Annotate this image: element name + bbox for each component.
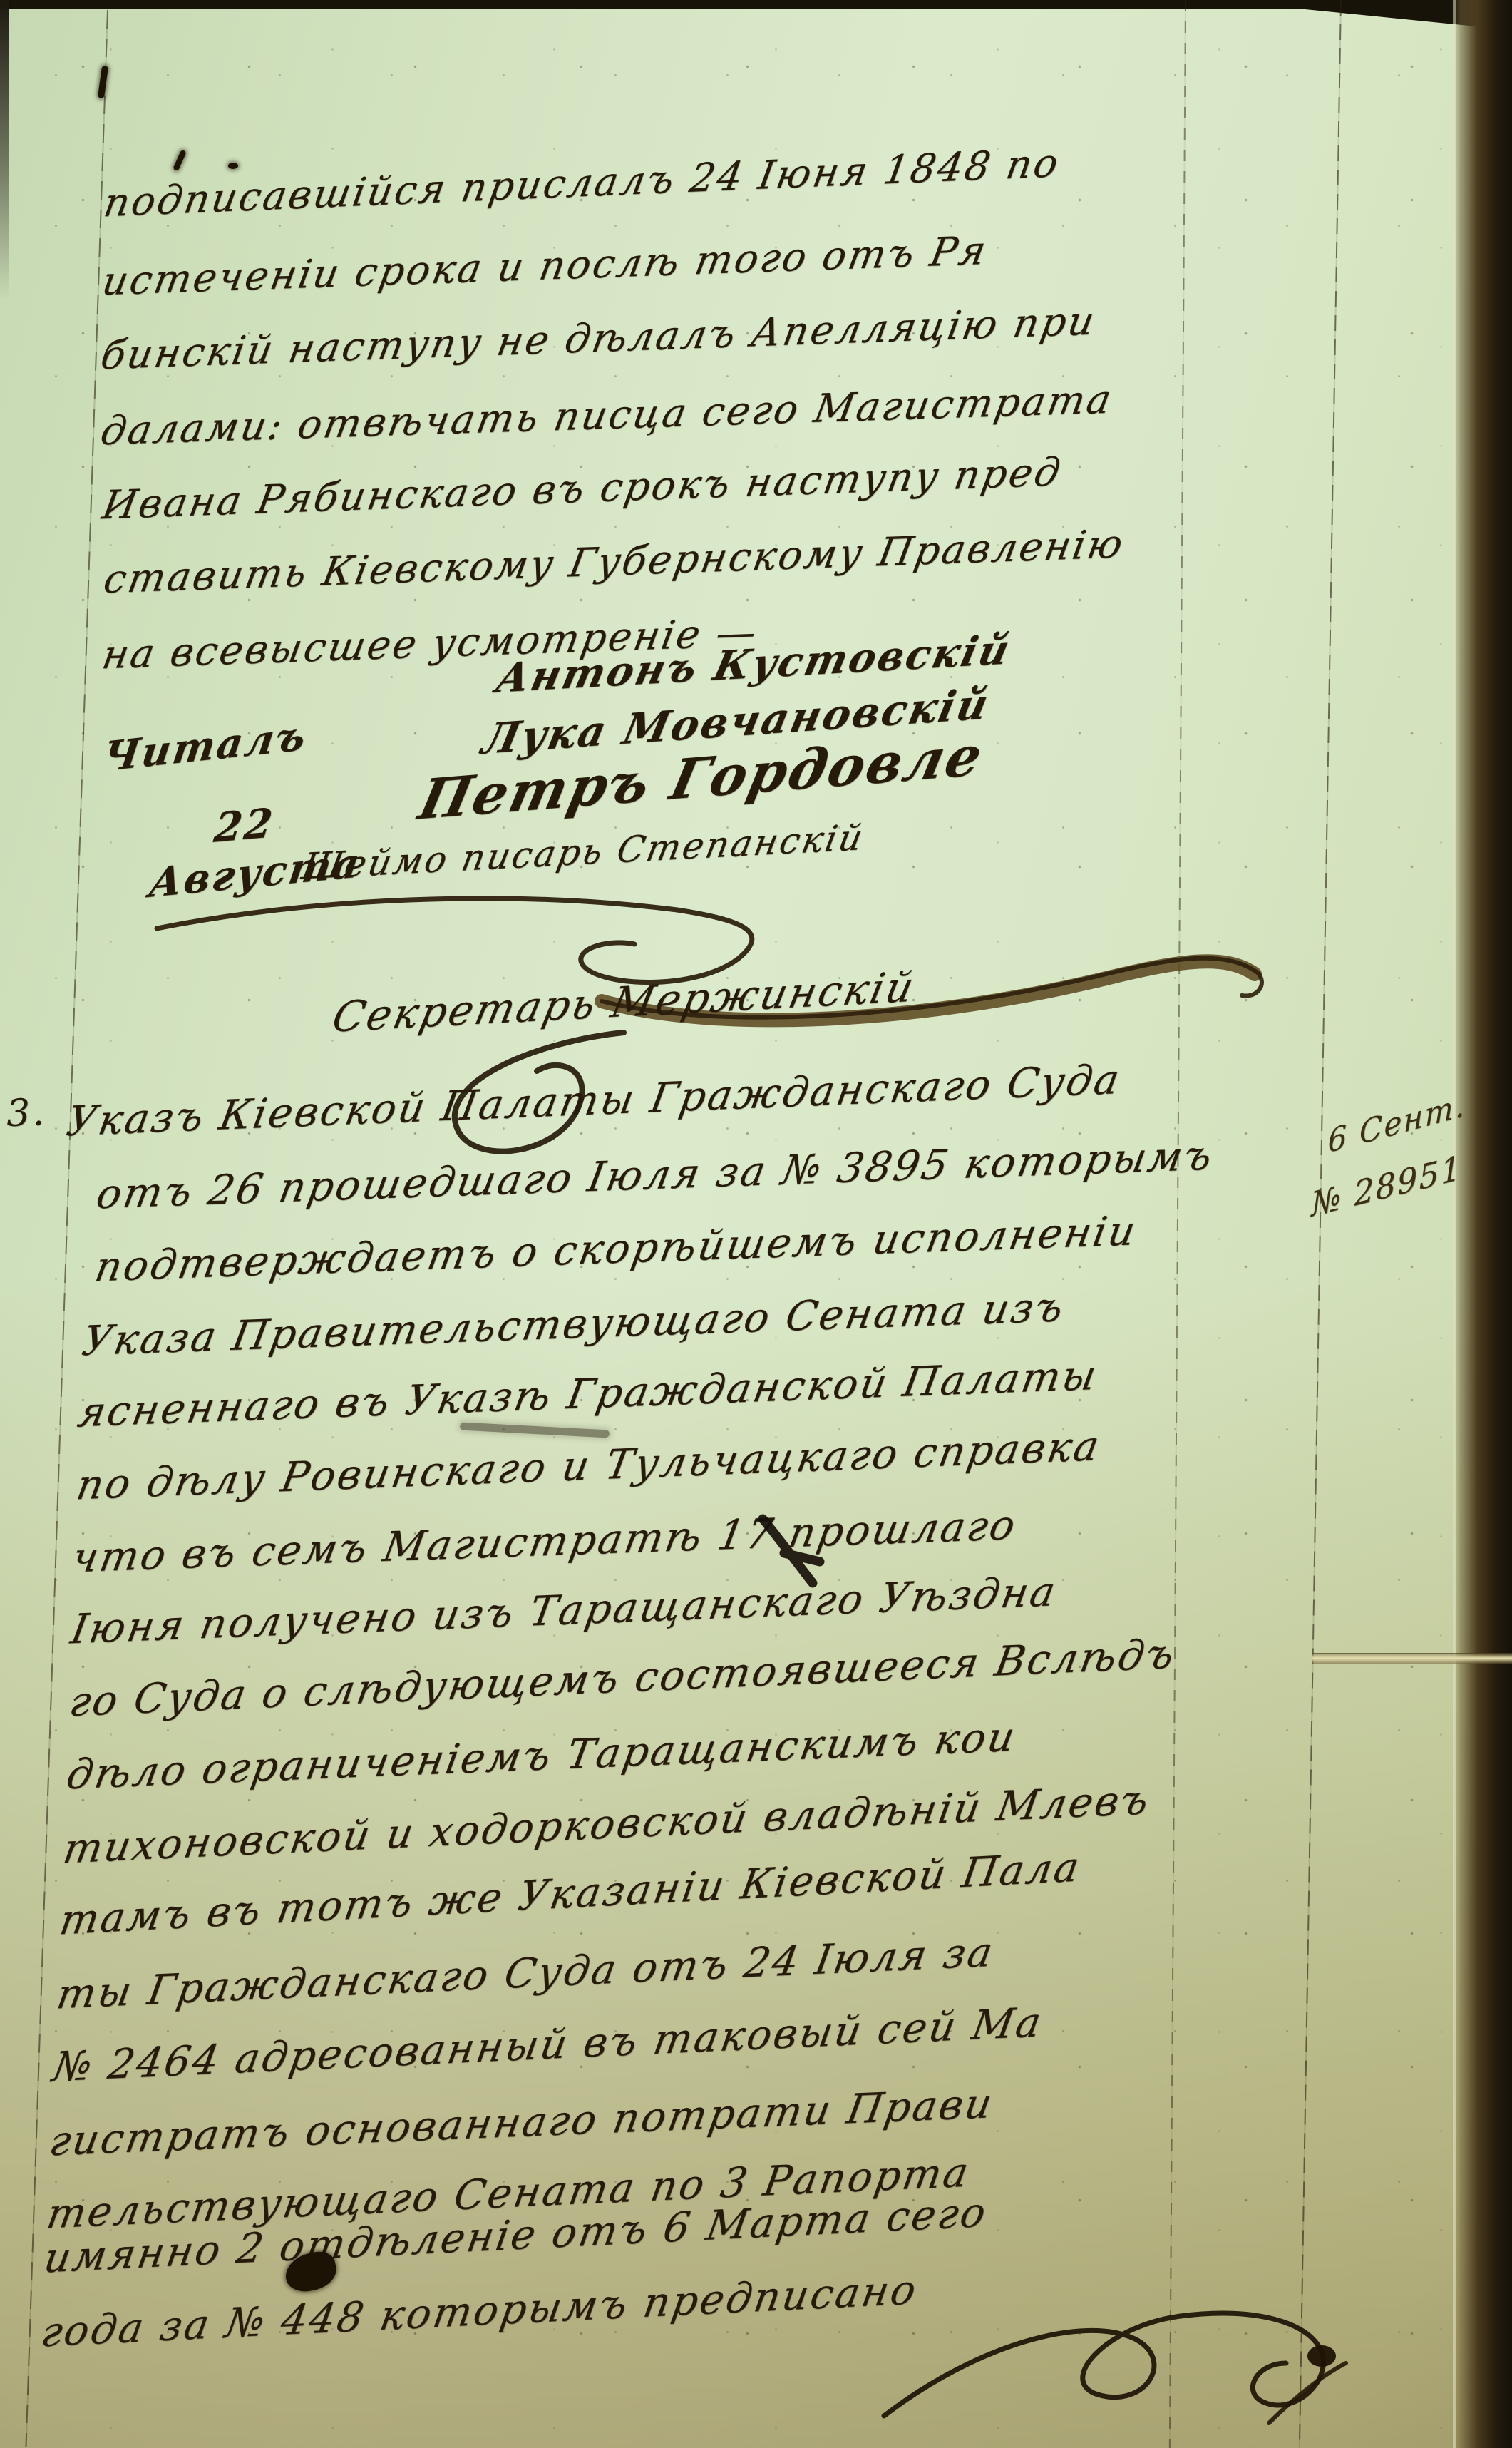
body-line: дѣло ограниченіемъ Таращанскимъ кои: [63, 1714, 1021, 1799]
date-note-word: Читалъ: [101, 712, 311, 781]
top-paragraph-line: бинскій наступу не дѣлалъ Апелляцію при: [98, 297, 1100, 378]
ink-smear: [460, 1423, 610, 1438]
body-line: Іюня получено изъ Таращанскаго Уѣздна: [68, 1568, 1061, 1654]
body-line: ты Гражданскаго Суда отъ 24 Іюля за: [53, 1928, 998, 2018]
strike-mark: [741, 1512, 841, 1590]
fold-line-outer: [1299, 0, 1342, 2448]
stray-ink-mark: [98, 66, 108, 99]
margin-item-number: 3.: [6, 1091, 47, 1135]
right-page-edge: [1452, 0, 1512, 2448]
top-paragraph-line: подписавшійся прислалъ 24 Іюня 1848 по: [101, 140, 1064, 226]
body-line: гистратъ основаннаго потрати Прави: [46, 2080, 998, 2166]
body-line: подтверждаетъ о скорѣйшемъ исполненіи: [91, 1207, 1141, 1291]
right-page-edge-highlight: [1453, 0, 1456, 2448]
top-paragraph-line: далами: отвѣчать писца сего Магистрата: [97, 376, 1116, 454]
body-line: ясненнаго въ Указѣ Гражданской Палаты: [74, 1352, 1101, 1437]
top-paragraph-line: истеченіи срока и послѣ того отъ Ря: [99, 227, 992, 304]
left-edge-shadow: [0, 0, 9, 299]
body-line: № 2464 адресованный въ таковый сей Ма: [49, 1999, 1046, 2091]
manuscript-page: подписавшійся прислалъ 24 Іюня 1848 по и…: [0, 0, 1512, 2448]
bottom-flourish: [870, 2295, 1383, 2448]
stray-ink-mark: [228, 163, 238, 169]
filing-note-line: 6 Сент.: [1327, 1086, 1466, 1160]
stray-ink-mark: [173, 150, 187, 172]
body-line: года за № 448 которымъ предписано: [38, 2266, 921, 2357]
body-line: Указа Правительствующаго Сената изъ: [78, 1284, 1069, 1366]
top-paragraph-line: ставить Кіевскому Губернскому Правленію: [101, 521, 1128, 602]
signature: Шеймо писарь Степанскій: [299, 816, 868, 888]
fold-line-inner: [1169, 0, 1186, 2448]
body-line: что въ семъ Магистратѣ 17 прошлаго: [68, 1502, 1020, 1582]
top-paragraph-line: Ивана Рябинскаго въ срокъ наступу пред: [99, 449, 1066, 528]
horizontal-crease: [1312, 1653, 1512, 1664]
date-note-day: 22: [212, 799, 277, 852]
body-line: отъ 26 прошедшаго Іюля за № 3895 которым…: [93, 1132, 1218, 1218]
